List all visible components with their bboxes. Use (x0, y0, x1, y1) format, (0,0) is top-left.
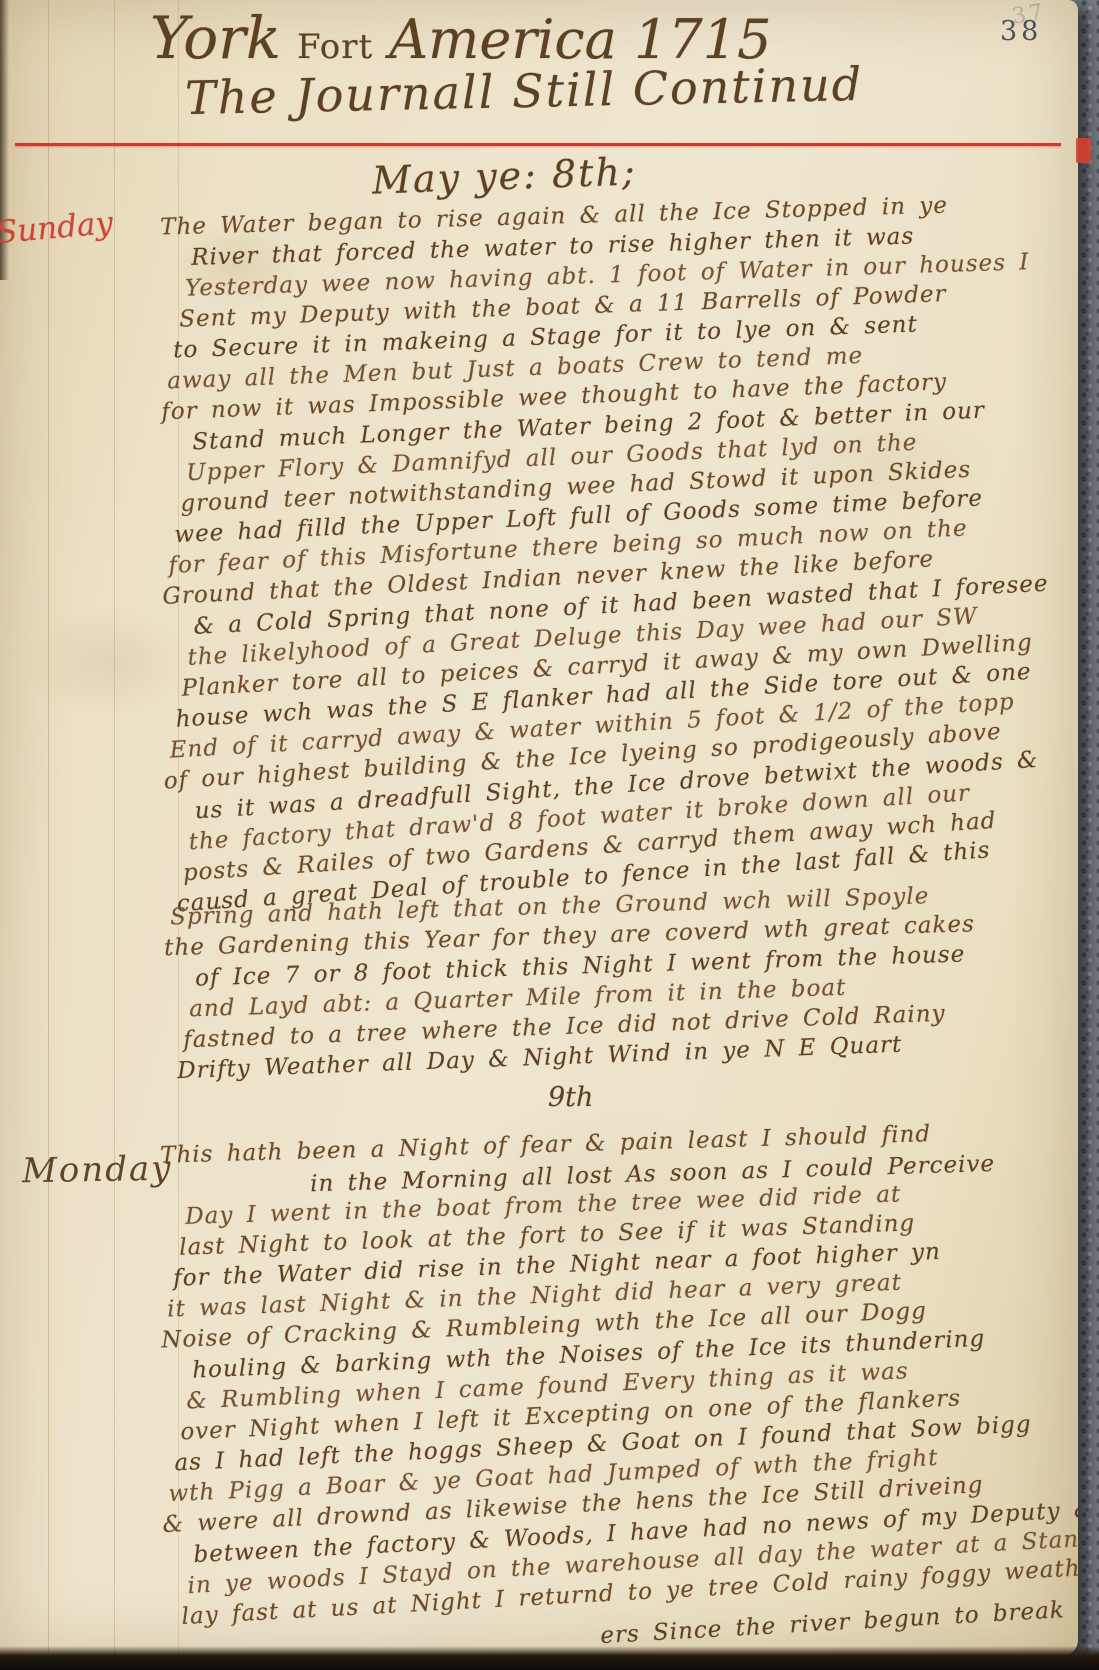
margin-rule-line (48, 0, 49, 1656)
book-bottom-edge-shadow (0, 1646, 1099, 1670)
margin-label-sunday: Sunday (0, 205, 114, 251)
monday-entry-lines: This hath been a Night of fear & pain le… (160, 1128, 1070, 1638)
page-number: 38 (1000, 16, 1042, 47)
date-heading: May ye: 8th; (371, 149, 637, 202)
header-fort: Fort (297, 27, 373, 67)
manuscript-page: York Fort America 1715 37 38 The Journal… (0, 0, 1078, 1656)
book-photo: York Fort America 1715 37 38 The Journal… (0, 0, 1099, 1670)
second-date-heading: 9th (548, 1082, 593, 1113)
fore-edge-red-mark (1076, 138, 1091, 163)
header-place: York (150, 4, 281, 72)
red-rule (15, 143, 1061, 146)
margin-rule-line (114, 0, 115, 1656)
margin-label-monday: Monday (22, 1149, 173, 1192)
sunday-entry-lines: The Water began to rise again & all the … (160, 200, 1060, 1070)
